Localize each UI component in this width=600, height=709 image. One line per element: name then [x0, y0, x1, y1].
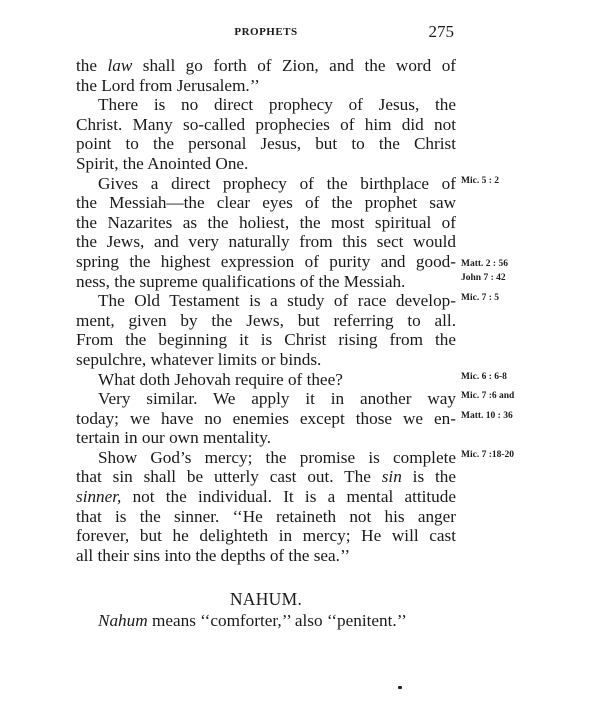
text-line: Show God’s mercy; the promise is complet…	[76, 448, 456, 468]
margin-note-reference: Mic. 7 : 5	[461, 293, 499, 304]
text-line: ness, the supreme qualifications of the …	[76, 272, 456, 292]
text-line: all their sins into the depths of the se…	[76, 546, 456, 566]
body-text: the law shall go forth of Zion, and the …	[76, 56, 456, 565]
italic-word: sin	[382, 467, 402, 486]
page-number: 275	[429, 22, 455, 42]
text-line: the Messiah—the clear eyes of the prophe…	[76, 193, 456, 213]
running-head: PROPHETS 275	[76, 22, 456, 42]
text-line: The Old Testament is a study of race dev…	[76, 291, 456, 311]
margin-note-reference: Matt. 10 : 36	[461, 411, 513, 422]
text-line: the Lord from Jerusalem.’’	[76, 76, 456, 96]
italic-word: sinner,	[76, 487, 121, 506]
text-line: ment, given by the Jews, but referring t…	[76, 311, 456, 331]
text-line: spring the highest expression of purity …	[76, 252, 456, 272]
margin-note-reference: John 7 : 42	[461, 273, 506, 284]
text-line: today; we have no enemies except those w…	[76, 409, 456, 429]
paragraph: The Old Testament is a study of race dev…	[76, 291, 456, 369]
paragraph: the law shall go forth of Zion, and the …	[76, 56, 456, 95]
italic-word: law	[107, 56, 132, 75]
text-line: Christ. Many so-called prophecies of him…	[76, 115, 456, 135]
margin-note-reference: Mic. 6 : 6-8	[461, 372, 507, 383]
text-line: the Nazarites as the holiest, the most s…	[76, 213, 456, 233]
text-line: What doth Jehovah require of thee?Mic. 6…	[76, 370, 456, 390]
text-line: tertain in our own mentality.	[76, 428, 456, 448]
margin-note-reference: Mic. 5 : 2	[461, 176, 499, 187]
paragraph: Gives a direct prophecy of the birthplac…	[76, 174, 456, 292]
text-line: the law shall go forth of Zion, and the …	[76, 56, 456, 76]
paragraph: There is no direct prophecy of Jesus, th…	[76, 95, 456, 173]
book-page: PROPHETS 275 the law shall go forth of Z…	[0, 0, 600, 709]
text-line: Very similar. We apply it in another way…	[76, 389, 456, 409]
text-line: Spirit, the Anointed One.	[76, 154, 456, 174]
text-line: that is the sinner. ‘‘He retaineth not h…	[76, 507, 456, 527]
text-line: There is no direct prophecy of Jesus, th…	[76, 95, 456, 115]
paragraph: Very similar. We apply it in another way…	[76, 389, 456, 448]
margin-note-reference: Matt. 2 : 56	[461, 259, 508, 270]
paragraph: Show God’s mercy; the promise is complet…	[76, 448, 456, 566]
text-line: forever, but he delighteth in mercy; He …	[76, 526, 456, 546]
text-line: that sin shall be utterly cast out. The …	[76, 467, 456, 487]
margin-note-reference: Mic. 7 :6 and	[461, 391, 514, 402]
italic-word: Nahum	[98, 611, 148, 630]
text-line: sinner, not the individual. It is a ment…	[76, 487, 456, 507]
paragraph: What doth Jehovah require of thee?Mic. 6…	[76, 370, 456, 390]
text-line: point to the personal Jesus, but to the …	[76, 134, 456, 154]
section-intro: Nahum means ‘‘comforter,’’ also ‘‘penite…	[98, 611, 458, 631]
running-title: PROPHETS	[76, 26, 456, 38]
section-heading: NAHUM.	[76, 589, 456, 609]
print-speck	[398, 686, 402, 689]
text-line: From the beginning it is Christ rising f…	[76, 330, 456, 350]
text-line: sepulchre, whatever limits or binds.	[76, 350, 456, 370]
margin-note-reference: Mic. 7 :18-20	[461, 450, 514, 461]
text-line: Gives a direct prophecy of the birthplac…	[76, 174, 456, 194]
text-line: the Jews, and very naturally from this s…	[76, 232, 456, 252]
